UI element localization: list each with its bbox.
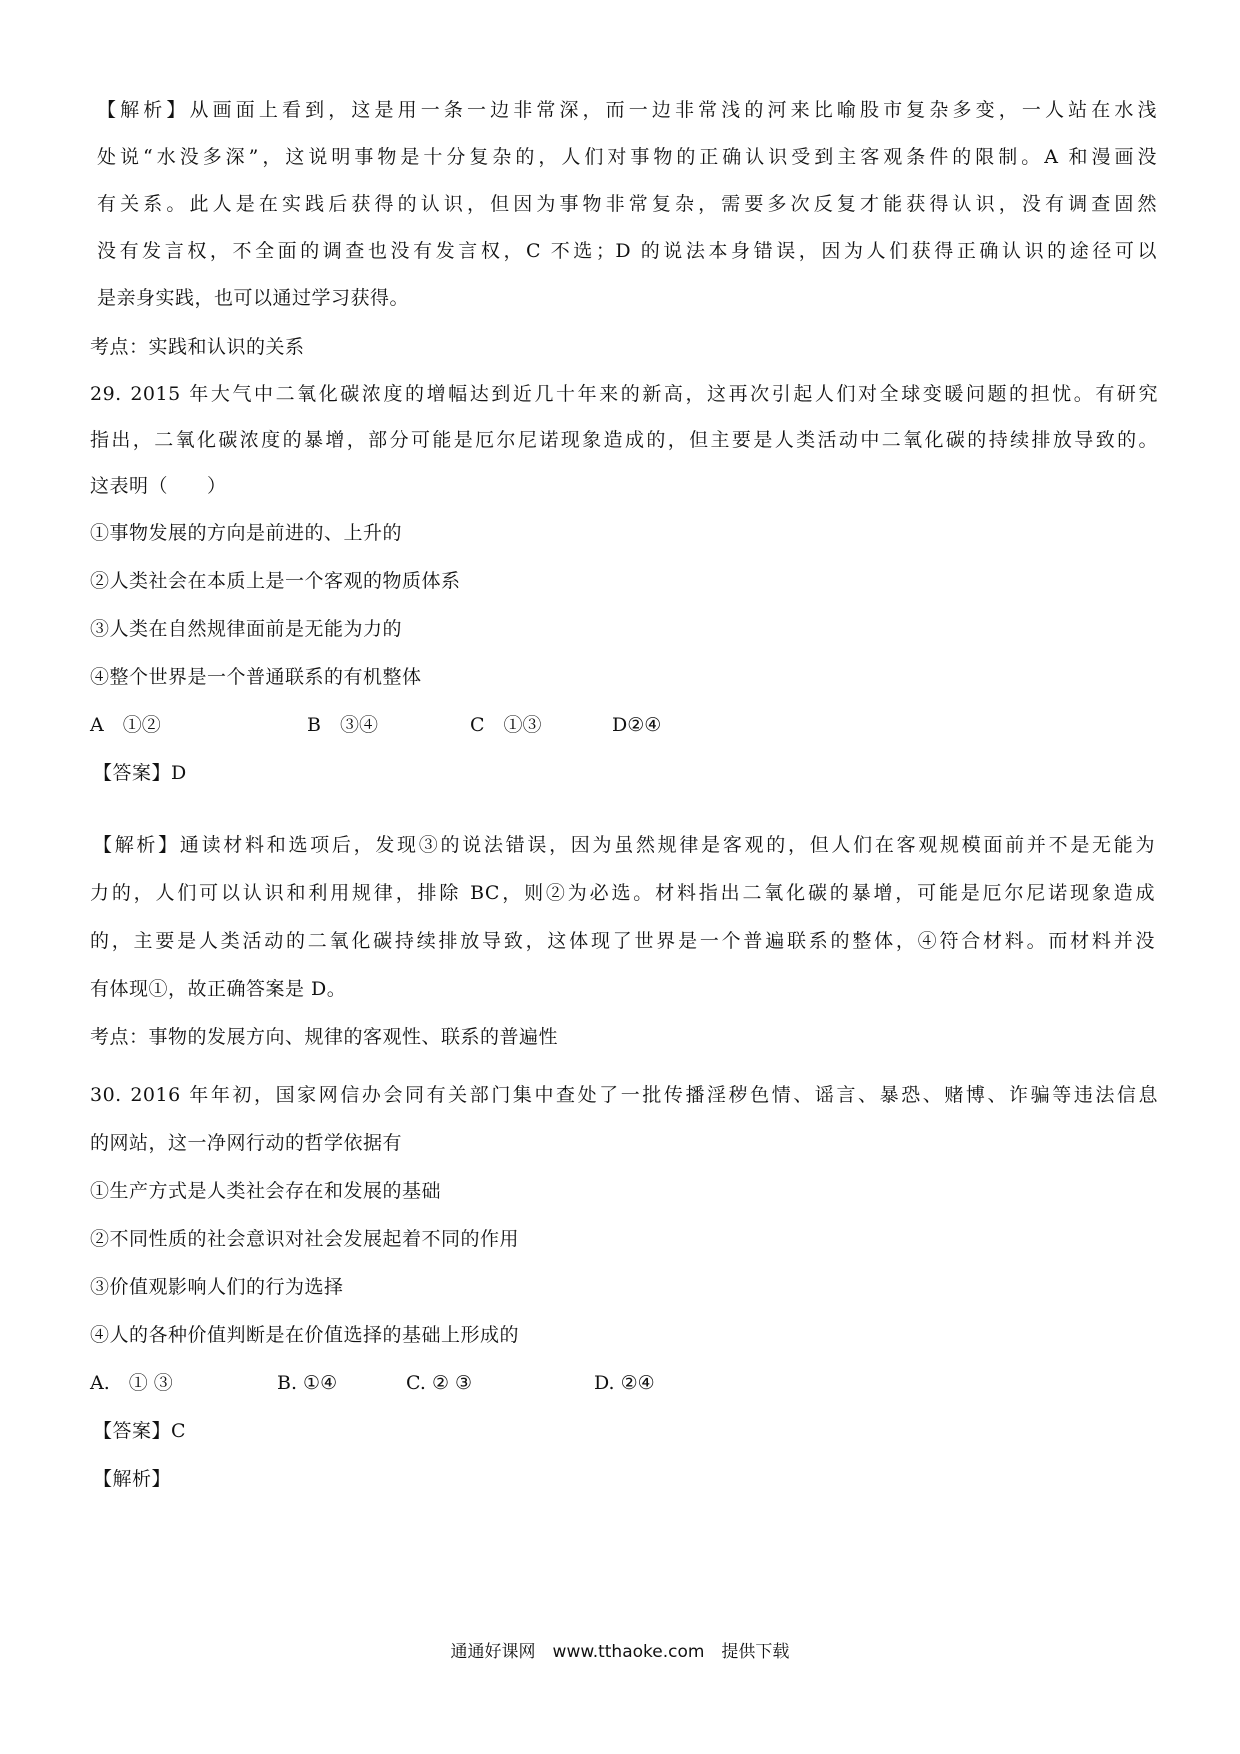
q30-analysis-label: 【解析】 xyxy=(93,1467,171,1491)
q29-stem-line-2: 指出，二氧化碳浓度的暴增，部分可能是厄尔尼诺现象造成的，但主要是人类活动中二氧化… xyxy=(90,428,1158,452)
q29-option-c: C ①③ xyxy=(470,713,542,737)
q30-option-d: D. ②④ xyxy=(594,1371,655,1395)
analysis-28-line-2: 处说“水没多深”，这说明事物是十分复杂的，人们对事物的正确认识受到主客观条件的限… xyxy=(97,145,1157,169)
analysis-28-line-4: 没有发言权，不全面的调查也没有发言权，C 不选；D 的说法本身错误，因为人们获得… xyxy=(97,239,1157,263)
document-page: 【解析】从画面上看到，这是用一条一边非常深，而一边非常浅的河来比喻股市复杂多变，… xyxy=(0,0,1240,1754)
q30-statement-4: ④人的各种价值判断是在价值选择的基础上形成的 xyxy=(90,1323,519,1347)
q30-statement-1: ①生产方式是人类社会存在和发展的基础 xyxy=(90,1179,441,1203)
q29-option-a: A ①② xyxy=(90,713,161,737)
q29-stem-line-1: 29. 2015 年大气中二氧化碳浓度的增幅达到近几十年来的新高，这再次引起人们… xyxy=(90,382,1158,406)
q30-answer: 【答案】C xyxy=(93,1419,186,1443)
q30-statement-2: ②不同性质的社会意识对社会发展起着不同的作用 xyxy=(90,1227,519,1251)
q30-option-c: C. ② ③ xyxy=(406,1371,472,1395)
q30-statement-3: ③价值观影响人们的行为选择 xyxy=(90,1275,344,1299)
q29-answer: 【答案】D xyxy=(93,761,187,785)
q29-option-b: B ③④ xyxy=(307,713,378,737)
q29-option-d: D②④ xyxy=(612,713,661,737)
q29-analysis-line-4: 有体现①，故正确答案是 D。 xyxy=(90,977,346,1001)
q30-option-b: B. ①④ xyxy=(277,1371,337,1395)
q29-stem-line-3: 这表明（ ） xyxy=(90,474,227,498)
q29-statement-3: ③人类在自然规律面前是无能为力的 xyxy=(90,617,402,641)
q29-statement-1: ①事物发展的方向是前进的、上升的 xyxy=(90,521,402,545)
kaodian-29: 考点：事物的发展方向、规律的客观性、联系的普遍性 xyxy=(90,1025,558,1049)
q30-stem-line-1: 30. 2016 年年初，国家网信办会同有关部门集中查处了一批传播淫秽色情、谣言… xyxy=(90,1083,1158,1107)
q29-statement-4: ④整个世界是一个普通联系的有机整体 xyxy=(90,665,422,689)
analysis-28-line-5: 是亲身实践，也可以通过学习获得。 xyxy=(97,286,409,310)
q29-statement-2: ②人类社会在本质上是一个客观的物质体系 xyxy=(90,569,461,593)
q30-option-a: A. ① ③ xyxy=(90,1371,173,1395)
kaodian-28: 考点：实践和认识的关系 xyxy=(90,335,305,359)
q29-analysis-line-3: 的，主要是人类活动的二氧化碳持续排放导致，这体现了世界是一个普遍联系的整体，④符… xyxy=(90,929,1155,953)
q29-analysis-line-1: 【解析】通读材料和选项后，发现③的说法错误，因为虽然规律是客观的，但人们在客观规… xyxy=(93,833,1155,857)
page-footer: 通通好课网 www.tthaoke.com 提供下载 xyxy=(0,1637,1240,1662)
q29-analysis-line-2: 力的，人们可以认识和利用规律，排除 BC，则②为必选。材料指出二氧化碳的暴增，可… xyxy=(90,881,1155,905)
q30-stem-line-2: 的网站，这一净网行动的哲学依据有 xyxy=(90,1131,402,1155)
analysis-28-line-3: 有关系。此人是在实践后获得的认识，但因为事物非常复杂，需要多次反复才能获得认识，… xyxy=(97,192,1157,216)
analysis-28-line-1: 【解析】从画面上看到，这是用一条一边非常深，而一边非常浅的河来比喻股市复杂多变，… xyxy=(97,98,1157,122)
